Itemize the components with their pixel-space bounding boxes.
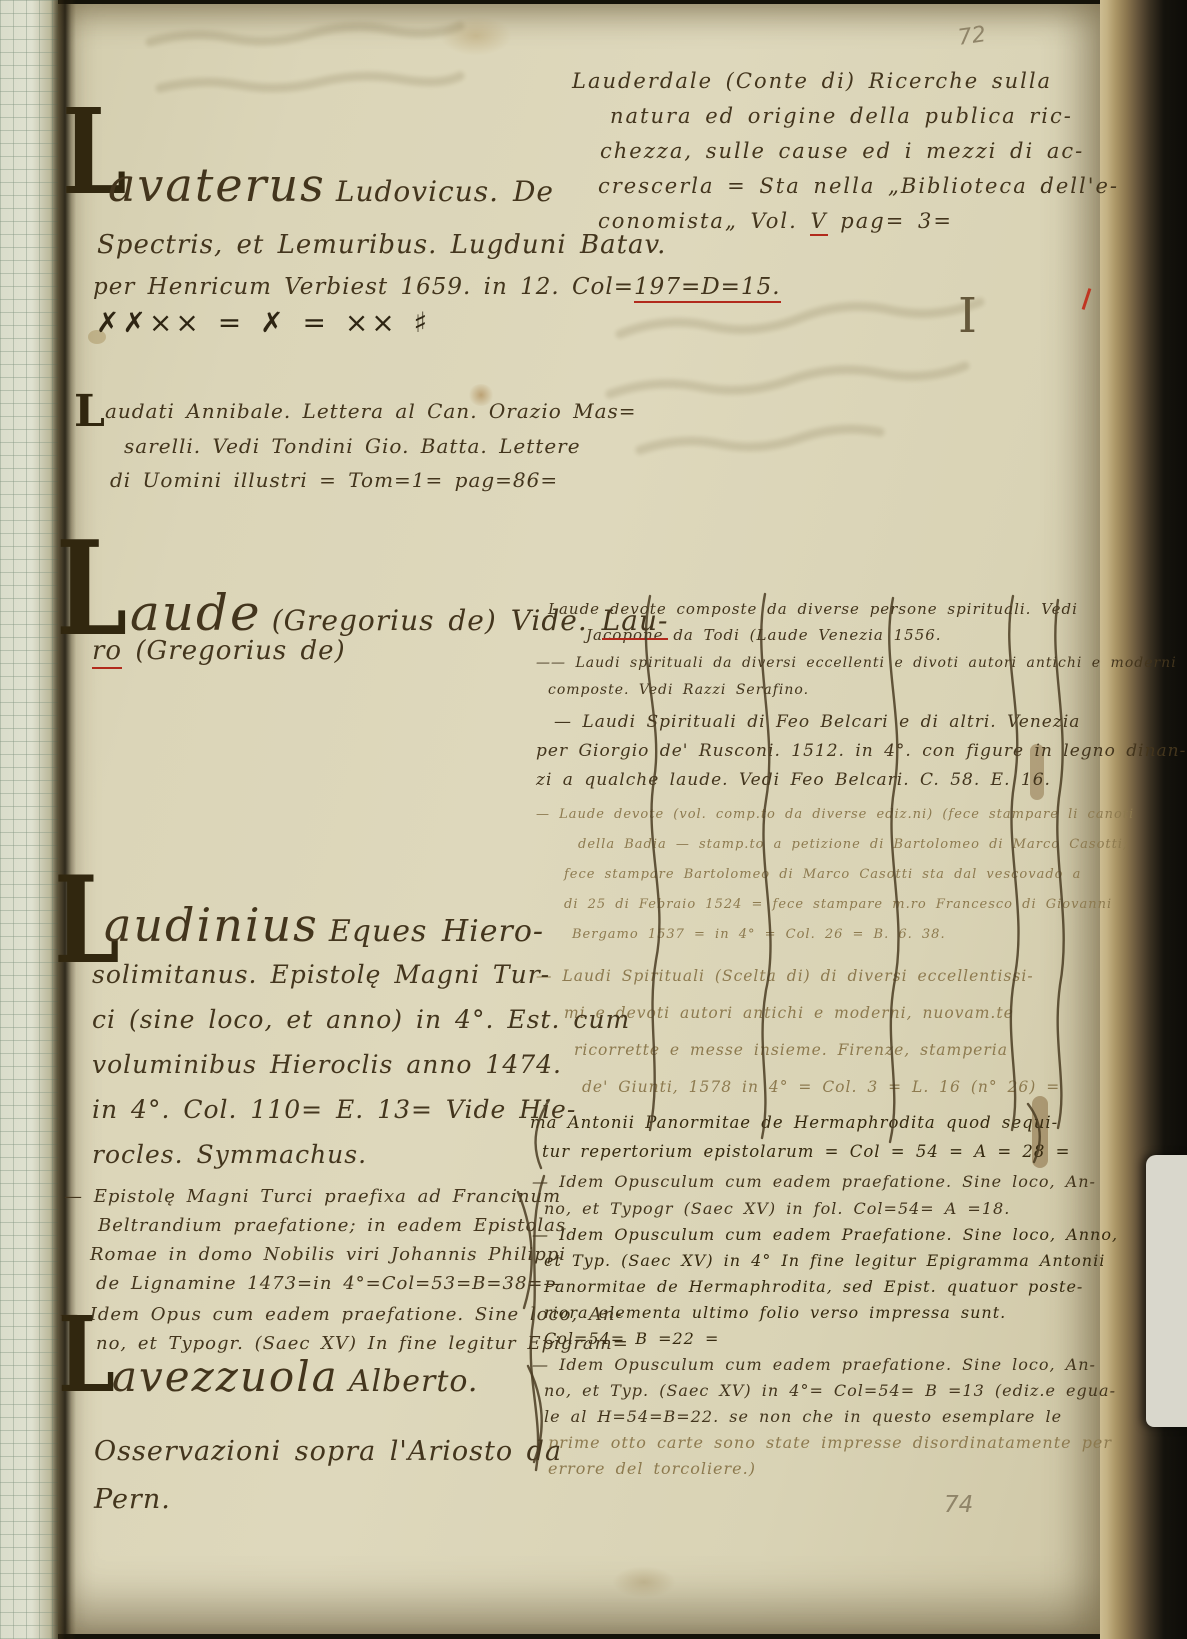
entry-line: —— Laudi spirituali da diversi eccellent… — [536, 650, 1177, 677]
entry-lavezzuola-heading: avezzuola Alberto. — [112, 1352, 478, 1401]
entry-line: di Uomini illustri = Tom=1= pag=86= — [74, 463, 637, 497]
entry-line: — Idem Opusculum cum eadem Praefatione. … — [532, 1222, 1118, 1248]
initial-capital-L: L — [56, 536, 127, 643]
entry-line: — Laude devote (vol. comp.to da diverse … — [536, 800, 1134, 830]
entry-text: pag= 3= — [828, 209, 953, 233]
entry-lavaterus-heading: avaterus Ludovicus. De — [108, 158, 554, 212]
photo-backdrop: I 72 74 Lauderdale (Conte di) Ricerche s… — [0, 0, 1187, 1639]
cross-reference-text: (Gregorius de) Vide. — [272, 604, 602, 637]
entry-line: composte. Vedi Razzi Serafino. — [536, 677, 1177, 704]
entry-line: et Typ. (Saec XV) in 4° In fine legitur … — [532, 1248, 1118, 1274]
cross-reference-red-underlined: ro — [92, 636, 122, 669]
entry-line: della Badia — stamp.to a petizione di Ba… — [536, 830, 1134, 860]
entry-line: per Giorgio de' Rusconi. 1512. in 4°. co… — [536, 737, 1186, 766]
entry-line: Beltrandium praefatione; in eadem Episto… — [64, 1211, 566, 1240]
entry-line: Laudati Annibale. Lettera al Can. Orazio… — [74, 394, 637, 429]
annotation-laudi-belcari: — Laudi Spirituali di Feo Belcari e di a… — [536, 708, 1186, 795]
entry-line: le al H=54=B=22. se non che in questo es… — [532, 1404, 1116, 1430]
entry-laudinius-heading: audinius Eques Hiero- — [104, 898, 544, 952]
entry-laudinius-body: solimitanus. Epistolę Magni Tur- ci (sin… — [92, 952, 630, 1177]
entry-line: de Lignamine 1473=in 4°=Col=53=B=38=— — [64, 1269, 566, 1298]
loose-paper-edge — [1146, 1155, 1187, 1427]
entry-line: — Laudi Spirituali di Feo Belcari e di a… — [536, 708, 1186, 737]
headword: aude — [130, 584, 262, 642]
entry-line: fece stampare Bartolomeo di Marco Casott… — [536, 860, 1134, 890]
entry-line: ci (sine loco, et anno) in 4°. Est. cum — [92, 997, 630, 1042]
annotation-idem-opusculum-b13: — Idem Opusculum cum eadem praefatione. … — [532, 1352, 1116, 1482]
entry-lauderdale: Lauderdale (Conte di) Ricerche sulla nat… — [572, 64, 1119, 239]
entry-laudinius-sub1: — Epistolę Magni Turci praefixa ad Franc… — [64, 1182, 566, 1298]
folio-number-bottom: 74 — [944, 1492, 973, 1518]
headword-forename: Ludovicus. De — [336, 175, 554, 208]
entry-line: Romae in domo Nobilis viri Johannis Phil… — [64, 1240, 566, 1269]
entry-line: — Idem Opus cum eadem praefatione. Sine … — [60, 1300, 629, 1329]
entry-line: Pern. — [94, 1476, 562, 1524]
entry-text: audati Annibale. Lettera al Can. Orazio … — [105, 399, 637, 423]
headword-forename: Alberto. — [349, 1364, 479, 1399]
entry-laude-line2: ro (Gregorius de) — [92, 636, 346, 666]
annotation-laudi-spirituali-razzi: —— Laudi spirituali da diversi eccellent… — [536, 650, 1177, 704]
entry-line: sarelli. Vedi Tondini Gio. Batta. Letter… — [74, 429, 637, 463]
entry-line: natura ed origine della publica ric- — [572, 99, 1119, 134]
entry-laudati: Laudati Annibale. Lettera al Can. Orazio… — [74, 394, 637, 497]
entry-line: solimitanus. Epistolę Magni Tur- — [92, 952, 630, 997]
entry-line: no, et Typogr (Saec XV) in fol. Col=54= … — [532, 1195, 1096, 1222]
headword-epithet: Eques Hiero- — [329, 914, 544, 949]
shelfmark-red-underlined: 197=D=15. — [634, 274, 780, 303]
initial-capital-L: L — [58, 1312, 115, 1397]
headword: avezzuola — [112, 1352, 339, 1401]
entry-line: Osservazioni sopra l'Ariosto da — [94, 1428, 562, 1476]
entry-line: voluminibus Hieroclis anno 1474. — [92, 1042, 630, 1087]
entry-line: crescerla = Sta nella „Biblioteca dell'e… — [572, 169, 1119, 204]
entry-line: chezza, sulle cause ed i mezzi di ac- — [572, 134, 1119, 169]
entry-line: in 4°. Col. 110= E. 13= Vide Hie- — [92, 1087, 630, 1132]
initial-capital-L: L — [74, 386, 105, 437]
lavaterus-imprint-line: per Henricum Verbiest 1659. in 12. Col=1… — [93, 274, 781, 300]
entry-line: no, et Typ. (Saec XV) in 4°= Col=54= B =… — [532, 1378, 1116, 1404]
entry-lavezzuola-body: Osservazioni sopra l'Ariosto da Pern. — [94, 1428, 562, 1524]
entry-line: di 25 di Febraio 1524 = fece stampare m.… — [536, 890, 1134, 920]
entry-line: prime otto carte sono state impresse dis… — [532, 1430, 1116, 1456]
entry-laudinius-sub2: — Idem Opus cum eadem praefatione. Sine … — [60, 1300, 629, 1358]
ink-blot-mark: I — [958, 288, 977, 344]
price-cipher-marks: ✗✗×× = ✗ = ×× ♯ — [96, 306, 430, 339]
entry-laude-heading: aude (Gregorius de) Vide. Lau- — [130, 584, 668, 642]
headword: audinius — [104, 898, 319, 952]
entry-line: Panormitae de Hermaphrodita, sed Epist. … — [532, 1274, 1118, 1300]
imprint-text: per Henricum Verbiest 1659. in 12. Col= — [93, 274, 634, 300]
entry-line: rocles. Symmachus. — [92, 1132, 630, 1177]
entry-line: — Epistolę Magni Turci praefixa ad Franc… — [64, 1182, 566, 1211]
entry-line: Bergamo 1537 = in 4° = Col. 26 = B. 6. 3… — [536, 920, 1134, 950]
cross-reference-red-underlined: Lau- — [602, 604, 669, 640]
entry-line: errore del torcoliere.) — [532, 1456, 1116, 1482]
entry-line: zi a qualche laude. Vedi Feo Belcari. C.… — [536, 766, 1186, 795]
entry-text: (Gregorius de) — [122, 636, 346, 666]
folio-number-top: 72 — [956, 22, 987, 51]
annotation-laude-devote-casotti: — Laude devote (vol. comp.to da diverse … — [536, 800, 1134, 950]
headword: avaterus — [108, 158, 326, 212]
entry-line: Lauderdale (Conte di) Ricerche sulla — [572, 64, 1119, 99]
volume-red-underlined: V — [810, 209, 827, 236]
lavaterus-title-line: Spectris, et Lemuribus. Lugduni Batav. — [97, 230, 666, 260]
